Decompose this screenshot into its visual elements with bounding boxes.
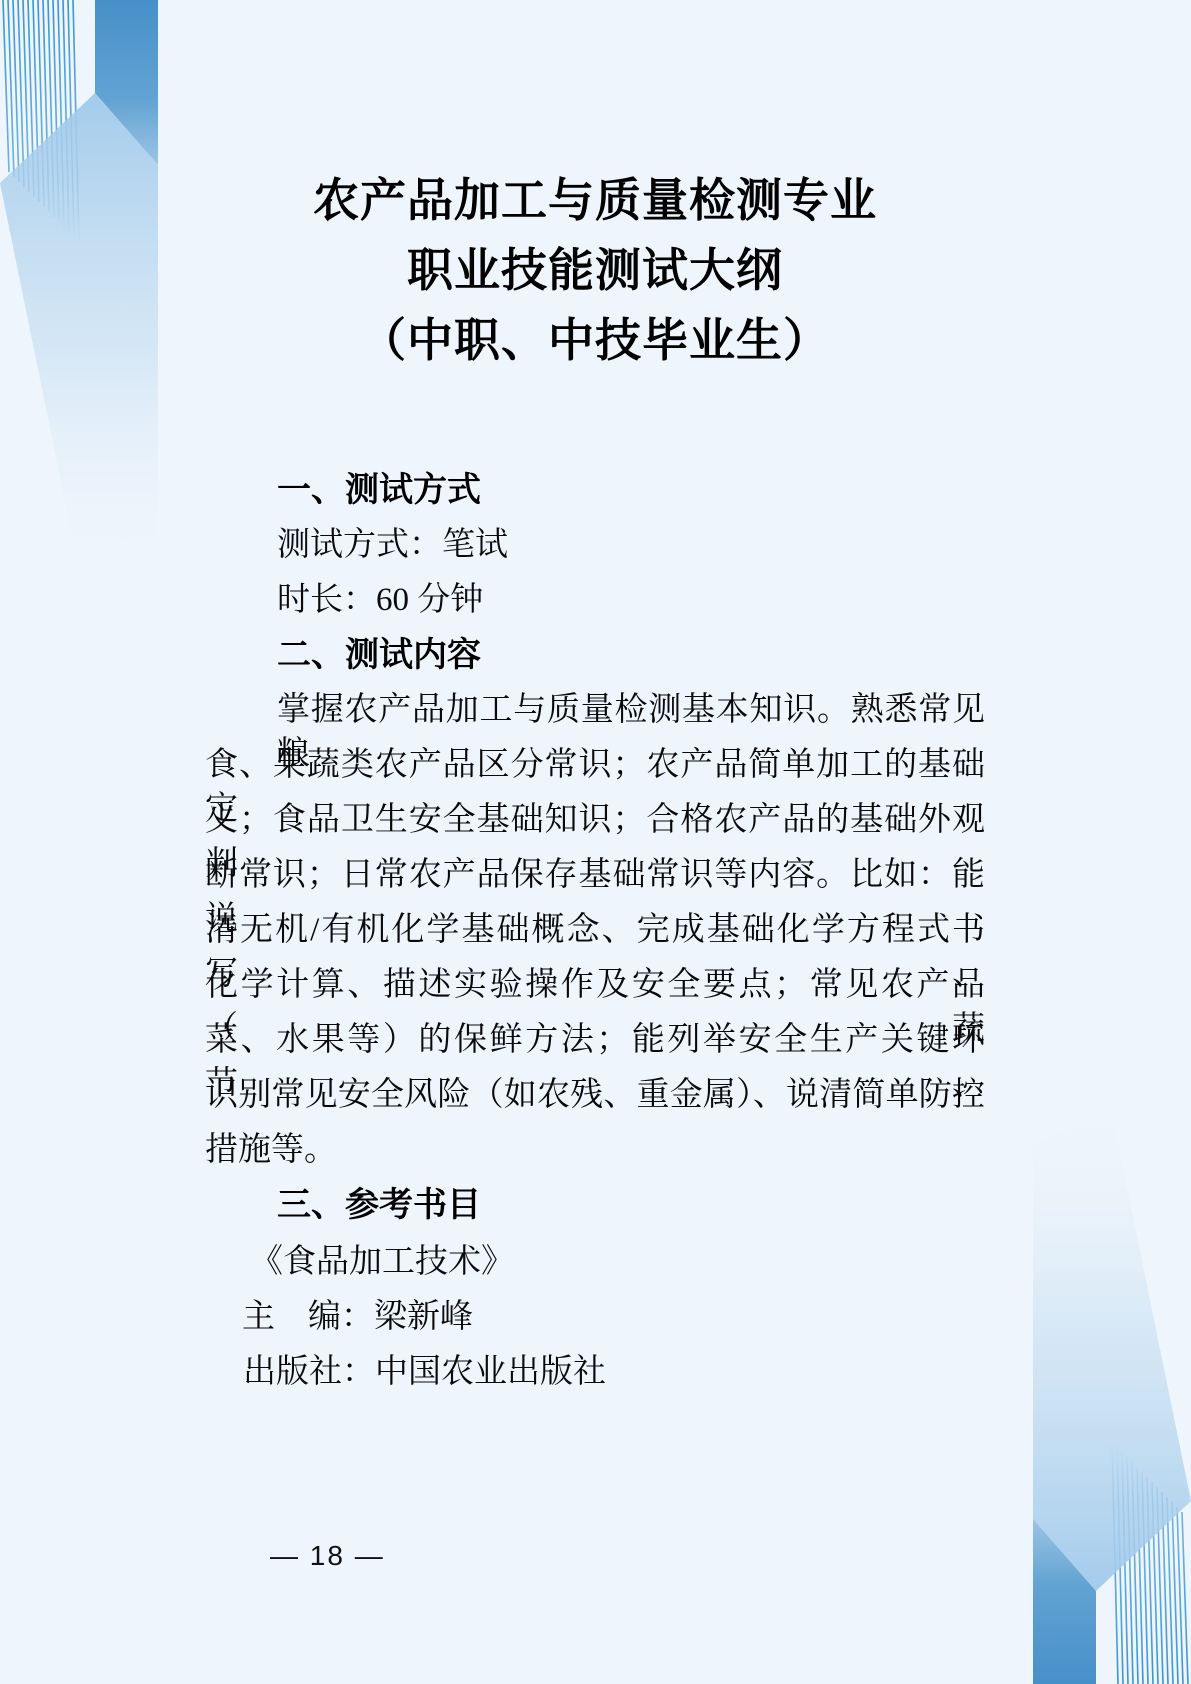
dark-ribbon [1033,1519,1096,1684]
section-heading-test-method: 一、测试方式 [277,468,481,512]
paragraph-line: 识别常见安全风险（如农残、重金属）、说清简单防控 [205,1073,985,1117]
dark-ribbon [95,0,158,165]
reference-book-title: 《食品加工技术》 [250,1240,514,1284]
title-line-2: 职业技能测试大纲 [205,236,985,306]
title-line-3: （中职、中技毕业生） [205,306,985,376]
title-line-1: 农产品加工与质量检测专业 [205,166,985,236]
light-band [0,93,158,575]
reference-editor: 主 编：梁新峰 [242,1295,473,1339]
pinstripes [1112,1442,1188,1684]
document-page: 农产品加工与质量检测专业 职业技能测试大纲 （中职、中技毕业生） 一、测试方式 … [0,0,1191,1684]
paragraph-line: 措施等。 [205,1128,985,1172]
section-heading-test-content: 二、测试内容 [277,633,481,677]
corner-decoration-bottom-right [871,1099,1191,1684]
test-method-line: 测试方式：笔试 [277,523,508,567]
reference-publisher: 出版社：中国农业出版社 [243,1350,606,1394]
section-heading-references: 三、参考书目 [277,1183,481,1227]
document-title: 农产品加工与质量检测专业 职业技能测试大纲 （中职、中技毕业生） [205,166,985,376]
corner-decoration-graphic [871,1104,1191,1684]
pinstripes [3,0,79,242]
page-number: — 18 — [270,1540,385,1572]
test-duration-line: 时长：60 分钟 [277,578,483,622]
light-band [1033,1109,1191,1591]
